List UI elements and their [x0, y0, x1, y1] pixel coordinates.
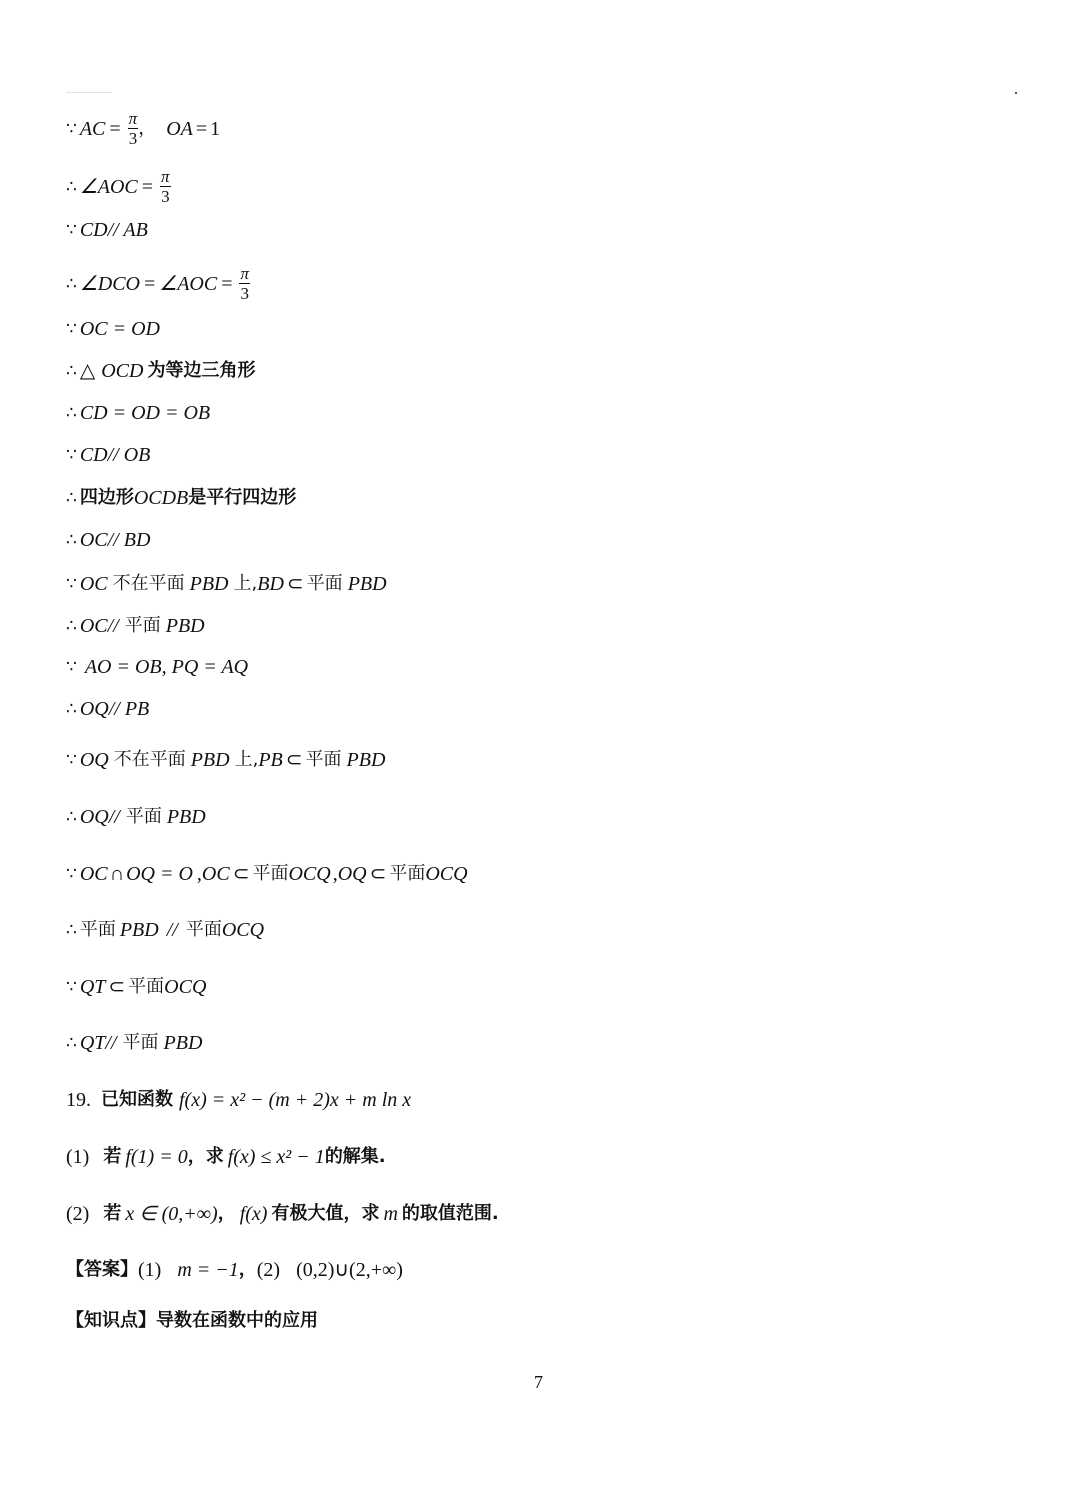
proof-line-3: ∵ CD// AB: [66, 218, 148, 242]
chinese-text: 平面: [389, 862, 425, 886]
statement: CD = OD = OB: [80, 401, 210, 425]
proof-line-20: ∴ QT// 平面 PBD: [66, 1031, 202, 1055]
chinese-text: 平面: [307, 572, 343, 596]
comma: ，: [138, 117, 156, 141]
answer-value-1: m = −1: [177, 1258, 238, 1282]
plane-ocq: OCQ: [222, 918, 264, 942]
line-oq: ,OQ: [333, 862, 367, 886]
therefore-symbol: ∴: [66, 1031, 77, 1055]
question-number: 19.: [66, 1088, 91, 1112]
chinese-text: 是平行四边形: [188, 486, 296, 510]
proof-line-14: ∴ OQ// PB: [66, 697, 149, 721]
proof-line-5: ∵ OC = OD: [66, 317, 160, 341]
part-label: (2): [66, 1202, 89, 1226]
chinese-text: 若: [103, 1202, 121, 1226]
chinese-text: 已知函数: [101, 1088, 173, 1112]
numerator: π: [160, 168, 171, 187]
function-fx: f(x): [240, 1202, 268, 1226]
parallel-symbol: //: [167, 918, 178, 942]
therefore-symbol: ∴: [66, 805, 77, 829]
question-19-stem: 19. 已知函数 f(x) = x² − (m + 2)x + m ln x: [66, 1088, 411, 1112]
statement: OQ// PB: [80, 697, 149, 721]
function-formula: f(x) = x² − (m + 2)x + m ln x: [179, 1088, 411, 1112]
chinese-text: 的取值范围.: [402, 1202, 499, 1226]
segment-ac: AC: [80, 117, 106, 141]
proof-line-10: ∴ OC// BD: [66, 528, 150, 552]
line-oc-parallel: OC//: [80, 614, 119, 638]
part-label: (2): [257, 1258, 280, 1282]
proof-line-19: ∵ QT ⊂ 平面 OCQ: [66, 975, 206, 999]
line-oc: OC: [80, 862, 108, 886]
subset-symbol: ⊂: [287, 572, 304, 596]
plane-ocq: OCQ: [425, 862, 467, 886]
variable-m: m: [383, 1202, 397, 1226]
header-rule: [66, 92, 112, 93]
statement: CD// OB: [80, 443, 151, 467]
proof-line-8: ∵ CD// OB: [66, 443, 150, 467]
plane-pbd: PBD: [167, 805, 206, 829]
part-label: (1): [138, 1258, 161, 1282]
plane-pbd: PBD: [347, 748, 386, 772]
because-symbol: ∵: [66, 748, 77, 772]
subset-symbol: ⊂: [233, 862, 250, 886]
line-oc: OC: [80, 572, 108, 596]
therefore-symbol: ∴: [66, 614, 77, 638]
subset-symbol: ⊂: [370, 862, 387, 886]
plane-pbd: PBD: [190, 572, 229, 596]
plane-pbd: PBD: [166, 614, 205, 638]
question-19-part-2: (2) 若 x ∈ (0,+∞) ， f(x) 有极大值，求 m 的取值范围.: [66, 1202, 499, 1226]
triangle-icon: △: [80, 359, 95, 383]
angle-dco: ∠DCO: [80, 272, 140, 296]
statement: OQ = O: [126, 862, 193, 886]
answer-value-2: (0,2)∪(2,+∞): [296, 1258, 403, 1282]
numerator: π: [239, 265, 250, 284]
proof-line-18: ∴ 平面 PBD // 平面 OCQ: [66, 918, 264, 942]
therefore-symbol: ∴: [66, 175, 77, 199]
chinese-text: 不在平面: [114, 748, 186, 772]
inequality-formula: f(x) ≤ x² − 1: [228, 1145, 325, 1169]
condition-formula: x ∈ (0,+∞): [125, 1202, 217, 1226]
chinese-text: 有极大值，求: [271, 1202, 379, 1226]
chinese-text: 上,: [235, 748, 259, 772]
triangle-ocd: OCD: [101, 359, 143, 383]
line-bd: BD: [257, 572, 284, 596]
because-symbol: ∵: [66, 862, 77, 886]
therefore-symbol: ∴: [66, 401, 77, 425]
therefore-symbol: ∴: [66, 697, 77, 721]
therefore-symbol: ∴: [66, 272, 77, 296]
therefore-symbol: ∴: [66, 918, 77, 942]
knowledge-value: 导数在函数中的应用: [156, 1309, 318, 1333]
proof-line-17: ∵ OC ∩ OQ = O ,OC ⊂ 平面 OCQ ,OQ ⊂ 平面 OCQ: [66, 862, 468, 886]
intersection-symbol: ∩: [110, 862, 124, 886]
denominator: 3: [129, 129, 138, 147]
knowledge-line: 【知识点】 导数在函数中的应用: [66, 1309, 318, 1333]
page-number: 7: [534, 1372, 543, 1393]
statement: OC// BD: [80, 528, 151, 552]
segment-oa: OA: [166, 117, 193, 141]
chinese-text: 上,: [234, 572, 258, 596]
angle-aoc: ∠AOC: [80, 175, 138, 199]
plane-pbd: PBD: [164, 1031, 203, 1055]
proof-line-13: ∵ AO = OB, PQ = AQ: [66, 655, 248, 679]
proof-line-12: ∴ OC// 平面 PBD: [66, 614, 205, 638]
therefore-symbol: ∴: [66, 528, 77, 552]
proof-line-15: ∵ OQ 不在平面 PBD 上, PB ⊂ 平面 PBD: [66, 748, 385, 772]
plane-ocq: OCQ: [288, 862, 330, 886]
chinese-text: ，求: [188, 1145, 224, 1169]
part-label: (1): [66, 1145, 89, 1169]
condition-formula: f(1) = 0: [125, 1145, 187, 1169]
plane-ocq: OCQ: [164, 975, 206, 999]
angle-aoc: ∠AOC: [159, 272, 217, 296]
value-one: 1: [210, 117, 220, 141]
chinese-text: 的解集.: [325, 1145, 386, 1169]
equals: =: [109, 117, 120, 141]
chinese-text: 平面: [125, 614, 161, 638]
line-oq-parallel: OQ//: [80, 805, 120, 829]
scan-speck: [1015, 92, 1017, 94]
subset-symbol: ⊂: [108, 975, 125, 999]
because-symbol: ∵: [66, 317, 77, 341]
line-pb: PB: [258, 748, 282, 772]
equals: =: [142, 175, 153, 199]
statement: CD// AB: [80, 218, 148, 242]
because-symbol: ∵: [66, 117, 77, 141]
chinese-text: 平面: [128, 975, 164, 999]
knowledge-label: 【知识点】: [66, 1309, 156, 1333]
proof-line-2: ∴ ∠AOC = π3: [66, 168, 171, 205]
line-qt-parallel: QT//: [80, 1031, 117, 1055]
chinese-text: 为等边三角形: [147, 359, 255, 383]
denominator: 3: [241, 284, 250, 302]
chinese-text: 若: [103, 1145, 121, 1169]
chinese-text: 四边形: [80, 486, 134, 510]
answer-label: 【答案】: [66, 1258, 138, 1282]
fraction-pi-over-3: π3: [239, 265, 250, 302]
proof-line-1: ∵ AC = π3 ， OA = 1: [66, 110, 220, 147]
proof-line-4: ∴ ∠DCO = ∠AOC = π3: [66, 265, 250, 302]
statement: AO = OB, PQ = AQ: [85, 655, 248, 679]
chinese-text: 平面: [80, 918, 116, 942]
fraction-pi-over-3: π3: [128, 110, 139, 147]
chinese-text: 平面: [186, 918, 222, 942]
chinese-text: 不在平面: [113, 572, 185, 596]
numerator: π: [128, 110, 139, 129]
proof-line-6: ∴ △ OCD 为等边三角形: [66, 359, 255, 383]
line-oc: ,OC: [197, 862, 230, 886]
plane-pbd: PBD: [120, 918, 159, 942]
therefore-symbol: ∴: [66, 486, 77, 510]
fraction-pi-over-3: π3: [160, 168, 171, 205]
equals: =: [144, 272, 155, 296]
plane-pbd: PBD: [348, 572, 387, 596]
chinese-text: ，: [218, 1202, 236, 1226]
equals: =: [196, 117, 207, 141]
proof-line-11: ∵ OC 不在平面 PBD 上, BD ⊂ 平面 PBD: [66, 572, 387, 596]
because-symbol: ∵: [66, 443, 77, 467]
denominator: 3: [161, 187, 170, 205]
therefore-symbol: ∴: [66, 359, 77, 383]
question-19-part-1: (1) 若 f(1) = 0 ，求 f(x) ≤ x² − 1 的解集.: [66, 1145, 386, 1169]
because-symbol: ∵: [66, 218, 77, 242]
plane-pbd: PBD: [191, 748, 230, 772]
subset-symbol: ⊂: [286, 748, 303, 772]
proof-line-9: ∴ 四边形 OCDB 是平行四边形: [66, 486, 296, 510]
line-oq: OQ: [80, 748, 109, 772]
because-symbol: ∵: [66, 975, 77, 999]
quad-ocdb: OCDB: [134, 486, 188, 510]
proof-line-16: ∴ OQ// 平面 PBD: [66, 805, 206, 829]
equals: =: [221, 272, 232, 296]
because-symbol: ∵: [66, 572, 77, 596]
chinese-text: 平面: [252, 862, 288, 886]
chinese-text: 平面: [123, 1031, 159, 1055]
line-qt: QT: [80, 975, 106, 999]
answer-line: 【答案】 (1) m = −1 ， (2) (0,2)∪(2,+∞): [66, 1258, 403, 1282]
proof-line-7: ∴ CD = OD = OB: [66, 401, 210, 425]
statement: OC = OD: [80, 317, 160, 341]
chinese-text: 平面: [306, 748, 342, 772]
because-symbol: ∵: [66, 655, 77, 679]
chinese-text: 平面: [126, 805, 162, 829]
separator: ，: [239, 1258, 257, 1282]
